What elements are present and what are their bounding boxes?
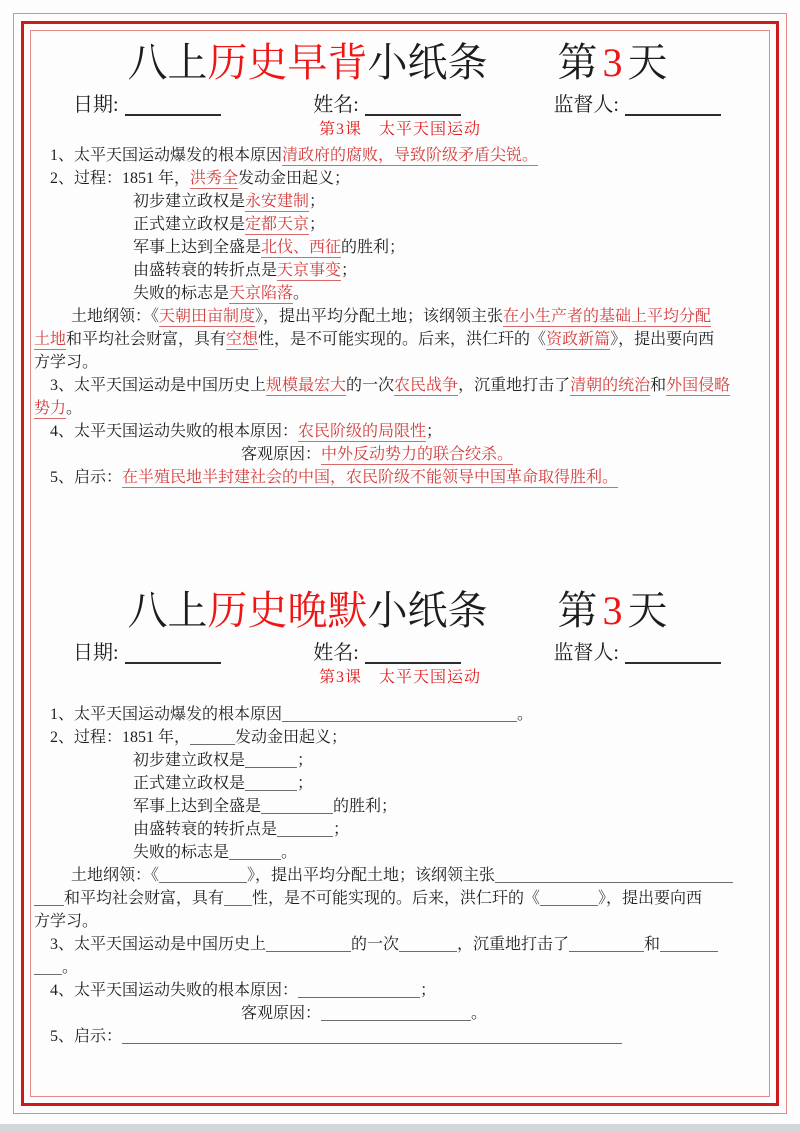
fill-blank	[261, 799, 333, 814]
section-evening-dictation: 八上历史晚默小纸条第3天 日期: 姓名: 监督人: 第3课 太平天国运动 1、太…	[33, 585, 767, 1048]
text-run: 4、太平天国运动失败的根本原因：	[50, 423, 298, 440]
text-line: 2、过程：1851 年，洪秀全发动金田起义；	[33, 167, 767, 190]
text-run: 和	[650, 377, 666, 394]
text-line: 3、太平天国运动是中国历史上规模最宏大的一次农民战争，沉重地打击了清朝的统治和外…	[33, 374, 767, 397]
day-number: 3	[603, 40, 628, 85]
text-run: ；	[426, 423, 442, 440]
text-run: ；	[341, 262, 357, 279]
text-run: 失败的标志是	[133, 844, 229, 861]
text-run: 。	[471, 1005, 487, 1022]
text-run: 性，是不可能实现的。后来，洪仁玕的《	[258, 331, 546, 348]
text-line: 4、太平天国运动失败的根本原因：农民阶级的局限性；	[33, 420, 767, 443]
answer-text: 农民阶级的局限性	[298, 423, 426, 442]
scan-edge-shadow	[0, 1124, 800, 1131]
title-highlight: 历史早背	[208, 40, 368, 85]
name-blank	[365, 642, 461, 664]
text-line: 和平均社会财富，具有性，是不可能实现的。后来，洪仁玕的《》，提出要向西	[33, 887, 767, 910]
name-field: 姓名:	[313, 89, 461, 119]
text-run: 的一次	[346, 377, 394, 394]
text-line: 正式建立政权是；	[33, 772, 767, 795]
title-pre: 八上	[128, 588, 208, 633]
text-run: 和	[644, 936, 660, 953]
text-run: 。	[293, 285, 309, 302]
text-run: 的胜利；	[333, 798, 397, 815]
text-run: 的一次	[351, 936, 399, 953]
section-body: 1、太平天国运动爆发的根本原因清政府的腐败，导致阶级矛盾尖锐。2、过程：1851…	[33, 144, 767, 489]
text-line: 土地纲领：《》，提出平均分配土地；该纲领主张	[33, 864, 767, 887]
text-line: 方学习。	[33, 351, 767, 374]
text-run: 由盛转衰的转折点是	[133, 262, 277, 279]
day-number: 3	[603, 588, 628, 633]
name-blank	[365, 94, 461, 116]
text-line: 客观原因：中外反动势力的联合绞杀。	[33, 443, 767, 466]
sheet-title: 八上历史晚默小纸条第3天	[33, 585, 767, 637]
text-run: 土地纲领：《	[71, 308, 159, 325]
text-line: 军事上达到全盛是的胜利；	[33, 795, 767, 818]
date-blank	[125, 94, 221, 116]
text-run: 》，提出要向西	[598, 890, 702, 907]
supervisor-label: 监督人:	[553, 94, 619, 116]
answer-text: 在半殖民地半封建社会的中国，农民阶级不能领导中国革命取得胜利。	[122, 469, 618, 488]
text-run: 初步建立政权是	[133, 752, 245, 769]
text-run: ；	[309, 216, 325, 233]
date-label: 日期:	[73, 642, 119, 664]
answer-text: 资政新篇	[546, 331, 610, 350]
lesson-title: 第3课 太平天国运动	[33, 667, 767, 689]
decorative-frame-outer: 八上历史早背小纸条第3天 日期: 姓名: 监督人: 第3课 太平天国运动 1、太…	[13, 13, 787, 1114]
text-run: 。	[66, 400, 82, 417]
text-line: 失败的标志是天京陷落。	[33, 282, 767, 305]
text-run: 。	[281, 844, 297, 861]
text-run: 方学习。	[34, 913, 98, 930]
fill-blank	[190, 730, 235, 745]
text-run: 土地纲领：《	[71, 867, 159, 884]
meta-row: 日期: 姓名: 监督人:	[33, 89, 767, 119]
text-line: 4、太平天国运动失败的根本原因：；	[33, 979, 767, 1002]
fill-blank	[245, 753, 297, 768]
section-body: 1、太平天国运动爆发的根本原因。2、过程：1851 年，发动金田起义；初步建立政…	[33, 703, 767, 1048]
date-field: 日期:	[73, 89, 221, 119]
supervisor-blank	[625, 94, 721, 116]
text-run: 2、过程：1851 年，	[50, 729, 190, 746]
fill-blank	[321, 1006, 471, 1021]
text-run: 5、启示：	[50, 469, 122, 486]
fill-blank	[245, 776, 297, 791]
text-line: 军事上达到全盛是北伐、西征的胜利；	[33, 236, 767, 259]
text-line: 由盛转衰的转折点是天京事变；	[33, 259, 767, 282]
day-pre: 第	[558, 40, 603, 85]
text-line: 1、太平天国运动爆发的根本原因。	[33, 703, 767, 726]
text-run: 3、太平天国运动是中国历史上	[50, 377, 266, 394]
text-run: 4、太平天国运动失败的根本原因：	[50, 982, 298, 999]
text-line: 1、太平天国运动爆发的根本原因清政府的腐败，导致阶级矛盾尖锐。	[33, 144, 767, 167]
text-run: 军事上达到全盛是	[133, 798, 261, 815]
fill-blank	[569, 937, 644, 952]
text-run: 5、启示：	[50, 1028, 122, 1045]
supervisor-field: 监督人:	[553, 637, 721, 667]
fill-blank	[298, 983, 420, 998]
text-run: 发动金田起义；	[238, 170, 350, 187]
text-run: ；	[297, 752, 313, 769]
text-run: ；	[420, 982, 436, 999]
title-highlight: 历史晚默	[208, 588, 368, 633]
fill-blank	[34, 891, 64, 906]
text-line: 由盛转衰的转折点是；	[33, 818, 767, 841]
text-line: 方学习。	[33, 910, 767, 933]
fill-blank	[266, 937, 351, 952]
answer-text: 空想	[226, 331, 258, 350]
answer-text: 北伐、西征	[261, 239, 341, 258]
lesson-title: 第3课 太平天国运动	[33, 119, 767, 141]
fill-blank	[229, 845, 281, 860]
text-run: 方学习。	[34, 354, 98, 371]
day-counter: 第3天	[558, 40, 673, 85]
text-run: 1、太平天国运动爆发的根本原因	[50, 147, 282, 164]
page-content: 八上历史早背小纸条第3天 日期: 姓名: 监督人: 第3课 太平天国运动 1、太…	[31, 31, 769, 1096]
text-run: 客观原因：	[241, 446, 321, 463]
text-line: 势力。	[33, 397, 767, 420]
fill-blank	[224, 891, 252, 906]
date-field: 日期:	[73, 637, 221, 667]
text-run: ；	[297, 775, 313, 792]
supervisor-label: 监督人:	[553, 642, 619, 664]
text-line: 2、过程：1851 年，发动金田起义；	[33, 726, 767, 749]
fill-blank	[282, 707, 517, 722]
answer-text: 清朝的统治	[570, 377, 650, 396]
name-field: 姓名:	[313, 637, 461, 667]
text-run: ；	[333, 821, 349, 838]
text-run: 发动金田起义；	[235, 729, 347, 746]
text-run: 。	[517, 706, 533, 723]
text-run: 1、太平天国运动爆发的根本原因	[50, 706, 282, 723]
text-line: 初步建立政权是；	[33, 749, 767, 772]
answer-text: 天朝田亩制度	[159, 308, 255, 327]
fill-blank	[122, 1029, 622, 1044]
name-label: 姓名:	[313, 94, 359, 116]
section-morning-recite: 八上历史早背小纸条第3天 日期: 姓名: 监督人: 第3课 太平天国运动 1、太…	[33, 37, 767, 489]
text-run: 。	[62, 959, 78, 976]
text-run: 》，提出要向西	[610, 331, 714, 348]
supervisor-field: 监督人:	[553, 89, 721, 119]
text-line: 土地纲领：《天朝田亩制度》，提出平均分配土地；该纲领主张在小生产者的基础上平均分…	[33, 305, 767, 328]
text-line: 3、太平天国运动是中国历史上的一次，沉重地打击了和	[33, 933, 767, 956]
day-pre: 第	[558, 588, 603, 633]
fill-blank	[277, 822, 333, 837]
text-line: 。	[33, 956, 767, 979]
title-post: 小纸条	[368, 40, 488, 85]
supervisor-blank	[625, 642, 721, 664]
text-run: 客观原因：	[241, 1005, 321, 1022]
answer-text: 定都天京	[245, 216, 309, 235]
name-label: 姓名:	[313, 642, 359, 664]
decorative-frame-middle: 八上历史早背小纸条第3天 日期: 姓名: 监督人: 第3课 太平天国运动 1、太…	[21, 21, 779, 1106]
day-post: 天	[628, 40, 673, 85]
answer-text: 农民战争	[394, 377, 458, 396]
text-run: 正式建立政权是	[133, 775, 245, 792]
text-line: 客观原因：。	[33, 1002, 767, 1025]
text-line: 初步建立政权是永安建制；	[33, 190, 767, 213]
text-run: 2、过程：1851 年，	[50, 170, 190, 187]
answer-text: 在小生产者的基础上平均分配	[503, 308, 711, 327]
fill-blank	[660, 937, 718, 952]
day-counter: 第3天	[558, 588, 673, 633]
answer-text: 洪秀全	[190, 170, 238, 189]
answer-text: 土地	[34, 331, 66, 350]
text-run: ；	[309, 193, 325, 210]
text-run: ，沉重地打击了	[457, 936, 569, 953]
decorative-frame-inner: 八上历史早背小纸条第3天 日期: 姓名: 监督人: 第3课 太平天国运动 1、太…	[30, 30, 770, 1097]
text-line: 正式建立政权是定都天京；	[33, 213, 767, 236]
text-run: ，沉重地打击了	[458, 377, 570, 394]
meta-row: 日期: 姓名: 监督人:	[33, 637, 767, 667]
answer-text: 中外反动势力的联合绞杀。	[321, 446, 513, 465]
fill-blank	[540, 891, 598, 906]
text-line: 失败的标志是。	[33, 841, 767, 864]
answer-text: 规模最宏大	[266, 377, 346, 396]
text-run: 的胜利；	[341, 239, 405, 256]
text-run: 正式建立政权是	[133, 216, 245, 233]
text-run: 初步建立政权是	[133, 193, 245, 210]
sheet-title: 八上历史早背小纸条第3天	[33, 37, 767, 89]
answer-text: 外国侵略	[666, 377, 730, 396]
text-line: 5、启示：在半殖民地半封建社会的中国，农民阶级不能领导中国革命取得胜利。	[33, 466, 767, 489]
text-run: 失败的标志是	[133, 285, 229, 302]
text-line: 5、启示：	[33, 1025, 767, 1048]
fill-blank	[159, 868, 247, 883]
text-run: 3、太平天国运动是中国历史上	[50, 936, 266, 953]
fill-blank	[495, 868, 733, 883]
answer-text: 天京事变	[277, 262, 341, 281]
answer-text: 天京陷落	[229, 285, 293, 304]
fill-blank	[34, 960, 62, 975]
day-post: 天	[628, 588, 673, 633]
answer-text: 永安建制	[245, 193, 309, 212]
title-post: 小纸条	[368, 588, 488, 633]
text-run: 和平均社会财富，具有	[66, 331, 226, 348]
worksheet-page: { "colors": { "title_red": "#f01414", "a…	[0, 0, 800, 1131]
text-run: 》，提出平均分配土地；该纲领主张	[255, 308, 503, 325]
text-run: 军事上达到全盛是	[133, 239, 261, 256]
text-line: 土地和平均社会财富，具有空想性，是不可能实现的。后来，洪仁玕的《资政新篇》，提出…	[33, 328, 767, 351]
answer-text: 势力	[34, 400, 66, 419]
fill-blank	[399, 937, 457, 952]
title-pre: 八上	[128, 40, 208, 85]
text-run: 和平均社会财富，具有	[64, 890, 224, 907]
answer-text: 清政府的腐败，导致阶级矛盾尖锐。	[282, 147, 538, 166]
text-run: 由盛转衰的转折点是	[133, 821, 277, 838]
text-run: 》，提出平均分配土地；该纲领主张	[247, 867, 495, 884]
date-label: 日期:	[73, 94, 119, 116]
text-run: 性，是不可能实现的。后来，洪仁玕的《	[252, 890, 540, 907]
date-blank	[125, 642, 221, 664]
